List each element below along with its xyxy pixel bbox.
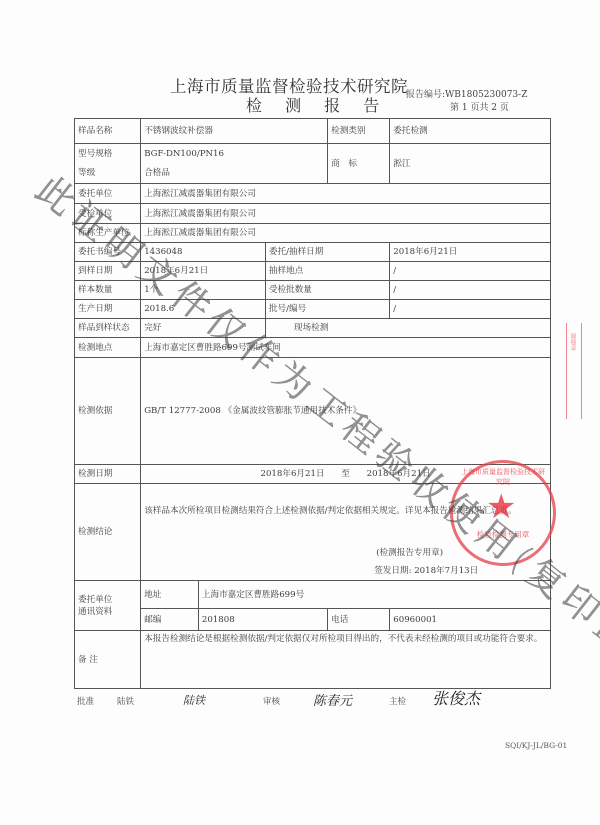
field-label: 生产日期 [75,300,141,319]
field-label: 检测依据 [75,358,141,465]
test-date-to-word: 至 [341,469,350,479]
batch-quantity-value: / [390,281,551,300]
batch-number-value: / [390,300,551,319]
table-row: 样品到样状态 完好 现场检测 [75,319,551,338]
field-label: 受检单位 [75,204,141,224]
sample-name-value: 不锈钢波纹补偿器 [141,119,328,144]
grade-value: 合格品 [141,164,328,184]
field-label: 地址 [141,581,199,609]
test-basis-value: GB/T 12777-2008 《金属波纹管膨胀节通用技术条件》 [141,358,551,465]
table-row: 邮编 201808 电话 60960001 [75,609,551,631]
table-row: 检测地点 上海市嘉定区曹胜路699号测试车间 [75,338,551,358]
table-row: 标称生产单位 上海淞江减震器集团有限公司 [75,224,551,243]
field-label: 批号/编号 [265,300,389,319]
side-seam-stamp: 骑缝章 [566,323,582,419]
field-label: 邮编 [141,609,199,631]
remarks-text: 本报告检测结论是根据检测依据/判定依据仅对所检项目得出的，不代表未经检测的项目或… [141,631,551,689]
manufacturer-value: 上海淞江减震器集团有限公司 [141,224,551,243]
production-date-value: 2018.6 [141,300,266,319]
table-row: 委托单位 通讯资料 地址 上海市嘉定区曹胜路699号 [75,581,551,609]
field-label: 样本数量 [75,281,141,300]
page-info: 第 1 页共 2 页 [450,100,509,113]
report-number: 报告编号:WB1805230073-Z [406,87,527,100]
test-category-value: 委托检测 [390,119,551,144]
field-label: 委托单位 通讯资料 [75,581,141,631]
field-label: 检测类别 [328,119,390,144]
review-label: 审核 [263,695,280,707]
test-location-value: 上海市嘉定区曹胜路699号测试车间 [141,338,551,358]
conclusion-text: 该样品本次所检项目检测结果符合上述检测依据/判定依据相关规定。详见本报告检测结果… [144,505,539,518]
field-label: 等级 [75,164,141,184]
table-row: 备 注 本报告检测结论是根据检测依据/判定依据仅对所检项目得出的，不代表未经检测… [75,631,551,689]
postcode-value: 201808 [198,609,327,631]
commission-number-value: 1436048 [141,243,266,262]
review-signature: 陈春元 [313,690,352,709]
inspector-signature: 张俊杰 [432,686,480,709]
sample-quantity-value: 1个 [141,281,266,300]
form-code: SQI/KJ-JL/BG-01 [505,741,567,750]
approve-name: 陆铁 [117,695,134,707]
field-label: 备 注 [75,631,141,689]
address-value: 上海市嘉定区曹胜路699号 [198,581,550,609]
table-row: 委托单位 上海淞江减震器集团有限公司 [75,184,551,204]
field-label: 样品到样状态 [75,319,141,338]
client-value: 上海淞江减震器集团有限公司 [141,184,551,204]
field-label: 样品名称 [75,119,141,144]
field-label: 抽样地点 [265,262,389,281]
sampling-location-value: / [390,262,551,281]
commission-date-value: 2018年6月21日 [390,243,551,262]
field-label: 受检批数量 [265,281,389,300]
field-label: 委托书编号 [75,243,141,262]
field-label: 型号规格 [75,144,141,164]
table-row: 委托书编号 1436048 委托/抽样日期 2018年6月21日 [75,243,551,262]
table-row: 生产日期 2018.6 批号/编号 / [75,300,551,319]
trademark-value: 淞江 [390,144,551,184]
table-row: 到样日期 2018年6月21日 抽样地点 / [75,262,551,281]
model-spec-value: BGF-DN100/PN16 [141,144,328,164]
issue-date: 签发日期: 2018年7月13日 [374,565,478,577]
table-row: 检测日期 2018年6月21日 至 2018年6月21日 [75,465,551,484]
field-label: 标称生产单位 [75,224,141,243]
onsite-test-note: 现场检测 [265,319,550,338]
inspected-unit-value: 上海淞江减震器集团有限公司 [141,204,551,224]
field-label: 检测结论 [75,484,141,581]
table-row: 受检单位 上海淞江减震器集团有限公司 [75,204,551,224]
table-row: 样本数量 1个 受检批数量 / [75,281,551,300]
field-label: 检测地点 [75,338,141,358]
table-row: 检测依据 GB/T 12777-2008 《金属波纹管膨胀节通用技术条件》 [75,358,551,465]
sample-condition-value: 完好 [141,319,266,338]
approve-signature: 陆铁 [183,692,205,708]
phone-value: 60960001 [390,609,551,631]
seal-note: (检测报告专用章) [376,547,443,559]
table-row: 样品名称 不锈钢波纹补偿器 检测类别 委托检测 [75,119,551,144]
approve-label: 批准 [77,695,94,707]
document-title: 检 测 报 告 [246,93,388,116]
field-label: 委托/抽样日期 [265,243,389,262]
field-label: 委托单位 [75,184,141,204]
table-row: 检测结论 该样品本次所检项目检测结果符合上述检测依据/判定依据相关规定。详见本报… [75,484,551,581]
test-date-from: 2018年6月21日 [260,469,324,479]
side-stamp-text: 骑缝章 [568,333,577,351]
arrival-date-value: 2018年6月21日 [141,262,266,281]
field-label: 检测日期 [75,465,141,484]
conclusion-cell: 该样品本次所检项目检测结果符合上述检测依据/判定依据相关规定。详见本报告检测结果… [141,484,551,581]
field-label: 商 标 [328,144,390,184]
field-label: 电话 [328,609,390,631]
field-label: 到样日期 [75,262,141,281]
table-row: 型号规格 BGF-DN100/PN16 商 标 淞江 [75,144,551,164]
test-date-to: 2018年6月21日 [367,469,431,479]
report-table: 样品名称 不锈钢波纹补偿器 检测类别 委托检测 型号规格 BGF-DN100/P… [74,118,551,689]
test-date-range: 2018年6月21日 至 2018年6月21日 [141,465,551,484]
inspector-label: 主检 [389,695,406,707]
